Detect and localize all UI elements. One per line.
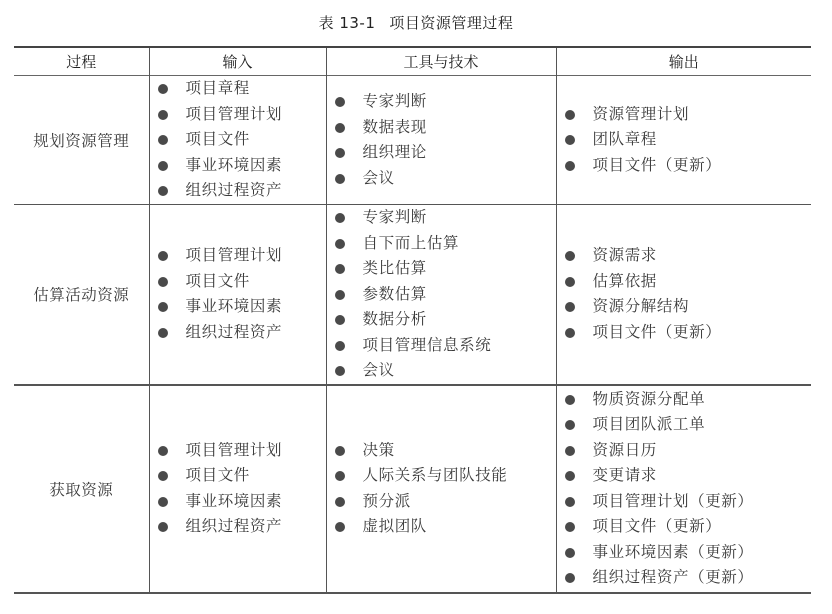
inputs-list: 项目管理计划 项目文件 事业环境因素 组织过程资产: [150, 243, 326, 345]
list-item: 项目文件: [158, 463, 326, 489]
list-item: 项目管理计划: [158, 102, 326, 128]
inputs-cell: 项目章程 项目管理计划 项目文件 事业环境因素 组织过程资产: [149, 76, 326, 205]
header-process: 过程: [14, 47, 149, 76]
bullet-icon: [335, 446, 345, 456]
list-item: 会议: [335, 358, 556, 384]
outputs-cell: 资源需求 估算依据 资源分解结构 项目文件（更新）: [556, 205, 811, 385]
bullet-icon: [335, 497, 345, 507]
bullet-icon: [158, 497, 168, 507]
outputs-list: 资源管理计划 团队章程 项目文件（更新）: [557, 102, 812, 179]
header-inputs: 输入: [149, 47, 326, 76]
bullet-icon: [158, 277, 168, 287]
list-item: 专家判断: [335, 205, 556, 231]
bullet-icon: [565, 497, 575, 507]
bullet-icon: [335, 148, 345, 158]
list-item: 资源管理计划: [565, 102, 812, 128]
bullet-icon: [158, 522, 168, 532]
list-item: 项目团队派工单: [565, 412, 812, 438]
bullet-icon: [335, 239, 345, 249]
list-item: 数据表现: [335, 115, 556, 141]
list-item: 虚拟团队: [335, 514, 556, 540]
bullet-icon: [335, 315, 345, 325]
bullet-icon: [335, 97, 345, 107]
bullet-icon: [335, 341, 345, 351]
list-item: 自下而上估算: [335, 231, 556, 257]
resource-management-table: 过程 输入 工具与技术 输出 规划资源管理 项目章程 项目管理计划 项目文件 事…: [14, 46, 811, 594]
header-row: 过程 输入 工具与技术 输出: [14, 47, 811, 76]
list-item: 事业环境因素（更新）: [565, 540, 812, 566]
bullet-icon: [565, 110, 575, 120]
header-tools: 工具与技术: [326, 47, 556, 76]
bullet-icon: [158, 84, 168, 94]
outputs-cell: 资源管理计划 团队章程 项目文件（更新）: [556, 76, 811, 205]
list-item: 项目文件: [158, 269, 326, 295]
tools-cell: 专家判断 自下而上估算 类比估算 参数估算 数据分析 项目管理信息系统 会议: [326, 205, 556, 385]
list-item: 项目文件（更新）: [565, 153, 812, 179]
bullet-icon: [158, 471, 168, 481]
process-name: 获取资源: [14, 385, 149, 593]
list-item: 项目管理计划（更新）: [565, 489, 812, 515]
list-item: 资源分解结构: [565, 294, 812, 320]
list-item: 数据分析: [335, 307, 556, 333]
bullet-icon: [335, 264, 345, 274]
bullet-icon: [565, 471, 575, 481]
list-item: 参数估算: [335, 282, 556, 308]
list-item: 预分派: [335, 489, 556, 515]
table-row: 获取资源 项目管理计划 项目文件 事业环境因素 组织过程资产 决策 人际关系与团…: [14, 385, 811, 593]
inputs-list: 项目章程 项目管理计划 项目文件 事业环境因素 组织过程资产: [150, 76, 326, 204]
bullet-icon: [335, 213, 345, 223]
list-item: 专家判断: [335, 89, 556, 115]
list-item: 人际关系与团队技能: [335, 463, 556, 489]
table-row: 估算活动资源 项目管理计划 项目文件 事业环境因素 组织过程资产 专家判断 自下…: [14, 205, 811, 385]
bullet-icon: [565, 573, 575, 583]
bullet-icon: [565, 446, 575, 456]
list-item: 组织理论: [335, 140, 556, 166]
list-item: 物质资源分配单: [565, 387, 812, 413]
tools-list: 专家判断 数据表现 组织理论 会议: [327, 89, 556, 191]
tools-cell: 决策 人际关系与团队技能 预分派 虚拟团队: [326, 385, 556, 593]
bullet-icon: [158, 135, 168, 145]
bullet-icon: [335, 522, 345, 532]
bullet-icon: [158, 161, 168, 171]
table-title: 项目资源管理过程: [389, 14, 513, 32]
bullet-icon: [565, 277, 575, 287]
outputs-list: 资源需求 估算依据 资源分解结构 项目文件（更新）: [557, 243, 812, 345]
outputs-list: 物质资源分配单 项目团队派工单 资源日历 变更请求 项目管理计划（更新） 项目文…: [557, 387, 812, 591]
bullet-icon: [158, 251, 168, 261]
list-item: 团队章程: [565, 127, 812, 153]
list-item: 事业环境因素: [158, 153, 326, 179]
list-item: 项目管理计划: [158, 438, 326, 464]
list-item: 类比估算: [335, 256, 556, 282]
list-item: 组织过程资产: [158, 514, 326, 540]
bullet-icon: [158, 446, 168, 456]
bullet-icon: [565, 135, 575, 145]
process-name: 规划资源管理: [14, 76, 149, 205]
header-outputs: 输出: [556, 47, 811, 76]
tools-list: 专家判断 自下而上估算 类比估算 参数估算 数据分析 项目管理信息系统 会议: [327, 205, 556, 384]
bullet-icon: [158, 302, 168, 312]
list-item: 组织过程资产: [158, 178, 326, 204]
bullet-icon: [335, 174, 345, 184]
list-item: 组织过程资产（更新）: [565, 565, 812, 591]
bullet-icon: [335, 123, 345, 133]
table-row: 规划资源管理 项目章程 项目管理计划 项目文件 事业环境因素 组织过程资产 专家…: [14, 76, 811, 205]
bullet-icon: [335, 471, 345, 481]
tools-cell: 专家判断 数据表现 组织理论 会议: [326, 76, 556, 205]
bullet-icon: [565, 328, 575, 338]
bullet-icon: [565, 302, 575, 312]
list-item: 项目章程: [158, 76, 326, 102]
outputs-cell: 物质资源分配单 项目团队派工单 资源日历 变更请求 项目管理计划（更新） 项目文…: [556, 385, 811, 593]
inputs-cell: 项目管理计划 项目文件 事业环境因素 组织过程资产: [149, 205, 326, 385]
bullet-icon: [565, 548, 575, 558]
bullet-icon: [335, 290, 345, 300]
list-item: 事业环境因素: [158, 489, 326, 515]
bullet-icon: [335, 366, 345, 376]
process-name: 估算活动资源: [14, 205, 149, 385]
list-item: 估算依据: [565, 269, 812, 295]
bullet-icon: [565, 395, 575, 405]
bullet-icon: [565, 522, 575, 532]
list-item: 项目文件: [158, 127, 326, 153]
list-item: 变更请求: [565, 463, 812, 489]
list-item: 事业环境因素: [158, 294, 326, 320]
table-caption: 表 13-1项目资源管理过程: [0, 12, 832, 33]
bullet-icon: [158, 186, 168, 196]
list-item: 项目管理信息系统: [335, 333, 556, 359]
bullet-icon: [158, 328, 168, 338]
list-item: 资源日历: [565, 438, 812, 464]
list-item: 项目文件（更新）: [565, 514, 812, 540]
inputs-cell: 项目管理计划 项目文件 事业环境因素 组织过程资产: [149, 385, 326, 593]
list-item: 项目文件（更新）: [565, 320, 812, 346]
bullet-icon: [565, 251, 575, 261]
list-item: 项目管理计划: [158, 243, 326, 269]
bullet-icon: [565, 161, 575, 171]
list-item: 组织过程资产: [158, 320, 326, 346]
inputs-list: 项目管理计划 项目文件 事业环境因素 组织过程资产: [150, 438, 326, 540]
list-item: 决策: [335, 438, 556, 464]
list-item: 会议: [335, 166, 556, 192]
bullet-icon: [565, 420, 575, 430]
list-item: 资源需求: [565, 243, 812, 269]
table-number: 表 13-1: [319, 14, 376, 32]
bullet-icon: [158, 110, 168, 120]
tools-list: 决策 人际关系与团队技能 预分派 虚拟团队: [327, 438, 556, 540]
